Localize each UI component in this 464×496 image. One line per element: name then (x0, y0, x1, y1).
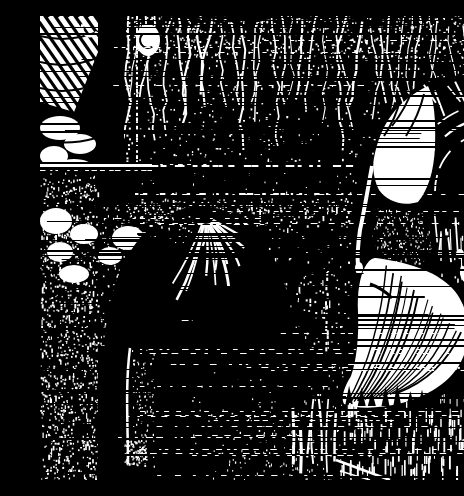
illustration (40, 16, 464, 480)
illustration-canvas (40, 16, 464, 480)
